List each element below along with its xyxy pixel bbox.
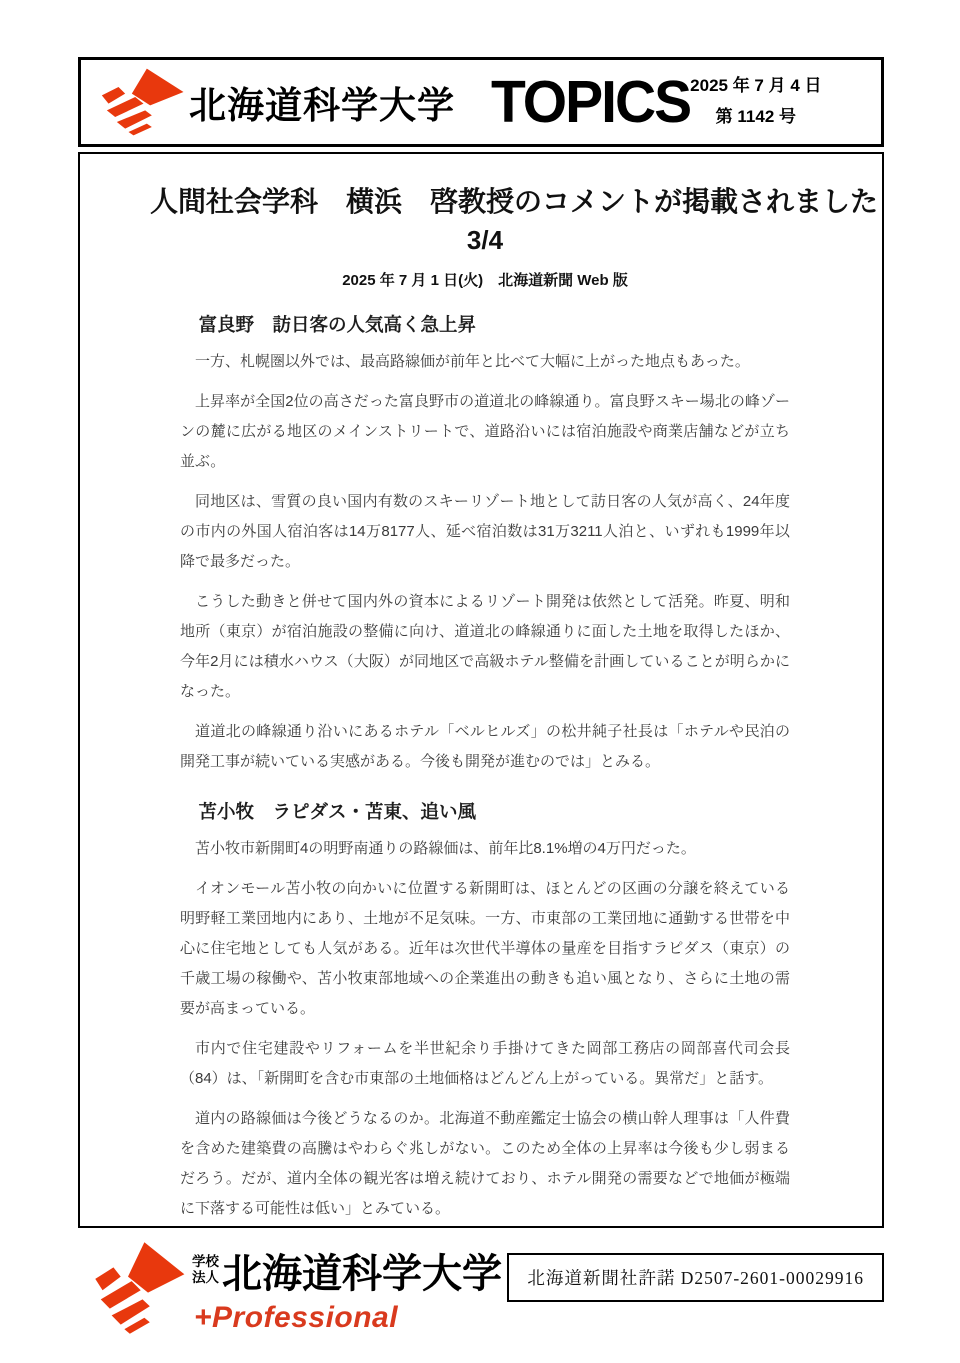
paragraph: 同地区は、雪質の良い国内有数のスキーリゾート地として訪日客の人気が高く、24年度… bbox=[180, 487, 790, 577]
paragraph: 道道北の峰線通り沿いにあるホテル「ベルヒルズ」の松井純子社長は「ホテルや民泊の開… bbox=[180, 717, 790, 777]
paragraph: 市内で住宅建設やリフォームを半世紀余り手掛けてきた岡部工務店の岡部喜代司会長（8… bbox=[180, 1034, 790, 1094]
article: 人間社会学科 横浜 啓教授のコメントが掲載されました 3/4 2025 年 7 … bbox=[80, 154, 882, 1224]
article-title: 人間社会学科 横浜 啓教授のコメントが掲載されました bbox=[150, 182, 820, 221]
paragraph: 上昇率が全国2位の高さだった富良野市の道道北の峰線通り。富良野スキー場北の峰ゾー… bbox=[180, 387, 790, 477]
footer-university-name: 北海道科学大学 bbox=[222, 1242, 502, 1299]
paragraph: 一方、札幌圏以外では、最高路線価が前年と比べて大幅に上がった地点もあった。 bbox=[180, 347, 790, 377]
header-university-name: 北海道科学大学 bbox=[189, 75, 455, 129]
footer-tagline: +Professional bbox=[194, 1301, 502, 1335]
section-heading-furano: 富良野 訪日客の人気高く急上昇 bbox=[180, 311, 790, 337]
section-tomakomai: 苫小牧 ラピダス・苫東、追い風 苫小牧市新開町4の明野南通りの路線価は、前年比8… bbox=[180, 798, 790, 1224]
paragraph: こうした動きと併せて国内外の資本によるリゾート開発は依然として活発。昨夏、明和地… bbox=[180, 587, 790, 707]
source-line: 2025 年 7 月 1 日(火) 北海道新聞 Web 版 bbox=[180, 269, 790, 290]
footer-text-block: 学校 法人 北海道科学大学 +Professional bbox=[192, 1242, 502, 1335]
paragraph: 苫小牧市新開町4の明野南通りの路線価は、前年比8.1%増の4万円だった。 bbox=[180, 834, 790, 864]
footer: 学校 法人 北海道科学大学 +Professional 北海道新聞社許諾 D25… bbox=[78, 1240, 884, 1336]
corp-prefix-line1: 学校 bbox=[192, 1254, 219, 1270]
newsletter-page: 北海道科学大学 TOPICS 2025 年 7 月 4 日 第 1142 号 人… bbox=[0, 0, 960, 1363]
article-frame: 人間社会学科 横浜 啓教授のコメントが掲載されました 3/4 2025 年 7 … bbox=[78, 152, 884, 1228]
university-logo-icon bbox=[88, 1240, 188, 1336]
corp-prefix-line2: 法人 bbox=[192, 1270, 219, 1286]
header-date-issue: 2025 年 7 月 4 日 第 1142 号 bbox=[690, 71, 821, 132]
issue-date: 2025 年 7 月 4 日 bbox=[690, 71, 821, 102]
newspaper-license-box: 北海道新聞社許諾 D2507-2601-00029916 bbox=[507, 1253, 884, 1302]
university-logo-icon bbox=[95, 67, 187, 137]
newsletter-title: TOPICS bbox=[491, 68, 690, 137]
footer-brand: 学校 法人 北海道科学大学 +Professional bbox=[88, 1240, 502, 1336]
paragraph: 道内の路線価は今後どうなるのか。北海道不動産鑑定士協会の横山幹人理事は「人件費を… bbox=[180, 1104, 790, 1224]
paragraph: イオンモール苫小牧の向かいに位置する新開町は、ほとんどの区画の分譲を終えている明… bbox=[180, 874, 790, 1024]
issue-number: 第 1142 号 bbox=[690, 102, 821, 133]
footer-university-row: 学校 法人 北海道科学大学 bbox=[192, 1242, 502, 1299]
section-heading-tomakomai: 苫小牧 ラピダス・苫東、追い風 bbox=[180, 798, 790, 824]
header: 北海道科学大学 TOPICS 2025 年 7 月 4 日 第 1142 号 bbox=[78, 57, 884, 147]
corporation-prefix: 学校 法人 bbox=[192, 1254, 219, 1285]
page-indicator: 3/4 bbox=[180, 225, 790, 256]
section-furano: 富良野 訪日客の人気高く急上昇 一方、札幌圏以外では、最高路線価が前年と比べて大… bbox=[180, 311, 790, 777]
